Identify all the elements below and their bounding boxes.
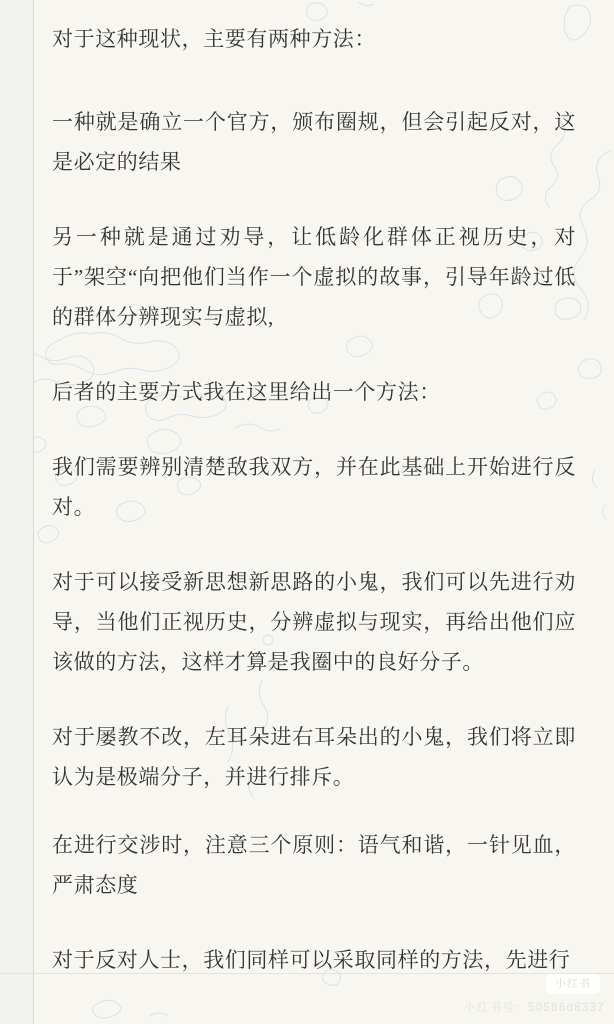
left-divider-line	[33, 0, 34, 1024]
note-paragraph: 对于反对人士，我们同样可以采取同样的方法，先进行	[52, 940, 576, 980]
note-paragraph: 对于屡教不改，左耳朵进右耳朵出的小鬼，我们将立即认为是极端分子，并进行排斥。	[52, 717, 576, 797]
note-paragraph: 我们需要辨别清楚敌我双方，并在此基础上开始进行反对。	[52, 447, 576, 527]
note-page: 对于这种现状，主要有两种方法： 一种就是确立一个官方，颁布圈规，但会引起反对，这…	[0, 0, 614, 1024]
note-paragraph: 对于可以接受新思想新思路的小鬼，我们可以先进行劝导，当他们正视历史，分辨虚拟与现…	[52, 562, 576, 682]
xiaohongshu-account-id: 小红书号：50586d8337	[464, 999, 605, 1015]
note-paragraph: 一种就是确立一个官方，颁布圈规，但会引起反对，这是必定的结果	[52, 102, 576, 182]
xiaohongshu-logo-badge: 小红书	[546, 974, 600, 994]
left-margin-strip	[0, 0, 33, 1024]
note-paragraph: 在进行交涉时，注意三个原则：语气和谐，一针见血，严肃态度	[52, 825, 576, 905]
note-paragraph: 后者的主要方式我在这里给出一个方法：	[52, 372, 576, 412]
note-paragraph: 对于这种现状，主要有两种方法：	[52, 19, 576, 59]
note-content: 对于这种现状，主要有两种方法： 一种就是确立一个官方，颁布圈规，但会引起反对，这…	[52, 0, 576, 980]
note-paragraph: 另一种就是通过劝导，让低龄化群体正视历史，对于”架空“向把他们当作一个虚拟的故事…	[52, 217, 576, 337]
